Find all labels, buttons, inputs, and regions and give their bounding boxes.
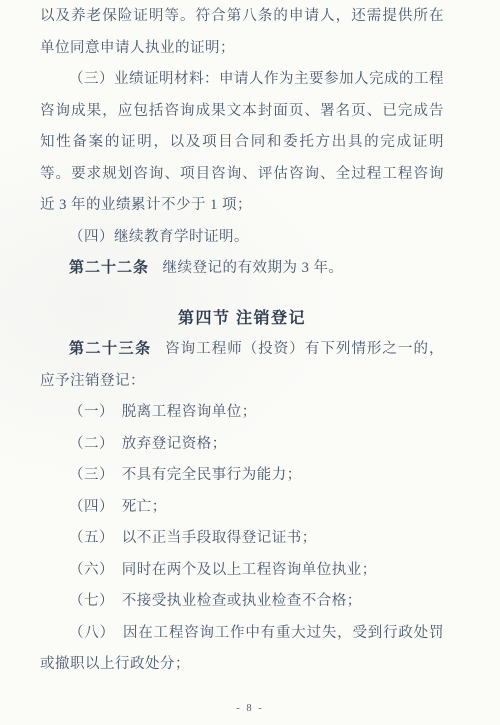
revocation-item: （五） 以不正当手段取得登记证书；	[40, 523, 444, 555]
page-number: - 8 -	[0, 703, 500, 714]
revocation-item: （六） 同时在两个及以上工程咨询单位执业；	[40, 555, 444, 587]
document-body: 以及养老保险证明等。符合第八条的申请人，还需提供所在单位同意申请人执业的证明； …	[40, 1, 444, 681]
document-page: 以及养老保险证明等。符合第八条的申请人，还需提供所在单位同意申请人执业的证明； …	[0, 0, 500, 725]
paragraph-item-4: （四）继续教育学时证明。	[40, 222, 444, 254]
paragraph-item-3: （三）业绩证明材料：申请人作为主要参加人完成的工程咨询成果，应包括咨询成果文本封…	[40, 64, 444, 222]
article-23-label: 第二十三条	[69, 341, 152, 357]
paragraph-article-23: 第二十三条咨询工程师（投资）有下列情形之一的，应予注销登记：	[40, 334, 444, 397]
section-4-heading: 第四节 注销登记	[40, 303, 444, 335]
revocation-item: （二） 放弃登记资格；	[40, 429, 444, 461]
revocation-item: （三） 不具有完全民事行为能力；	[40, 460, 444, 492]
article-22-label: 第二十二条	[69, 260, 149, 276]
revocation-item: （八） 因在工程咨询工作中有重大过失，受到行政处罚或撤职以上行政处分；	[40, 618, 444, 681]
article-22-text: 继续登记的有效期为 3 年。	[163, 260, 344, 276]
revocation-item: （一） 脱离工程咨询单位；	[40, 397, 444, 429]
revocation-item: （四） 死亡；	[40, 492, 444, 524]
revocation-item: （七） 不接受执业检查或执业检查不合格；	[40, 586, 444, 618]
revocation-item-list: （一） 脱离工程咨询单位； （二） 放弃登记资格； （三） 不具有完全民事行为能…	[40, 397, 444, 681]
paragraph-article-22: 第二十二条继续登记的有效期为 3 年。	[40, 253, 444, 285]
paragraph-continuation: 以及养老保险证明等。符合第八条的申请人，还需提供所在单位同意申请人执业的证明；	[40, 1, 444, 64]
